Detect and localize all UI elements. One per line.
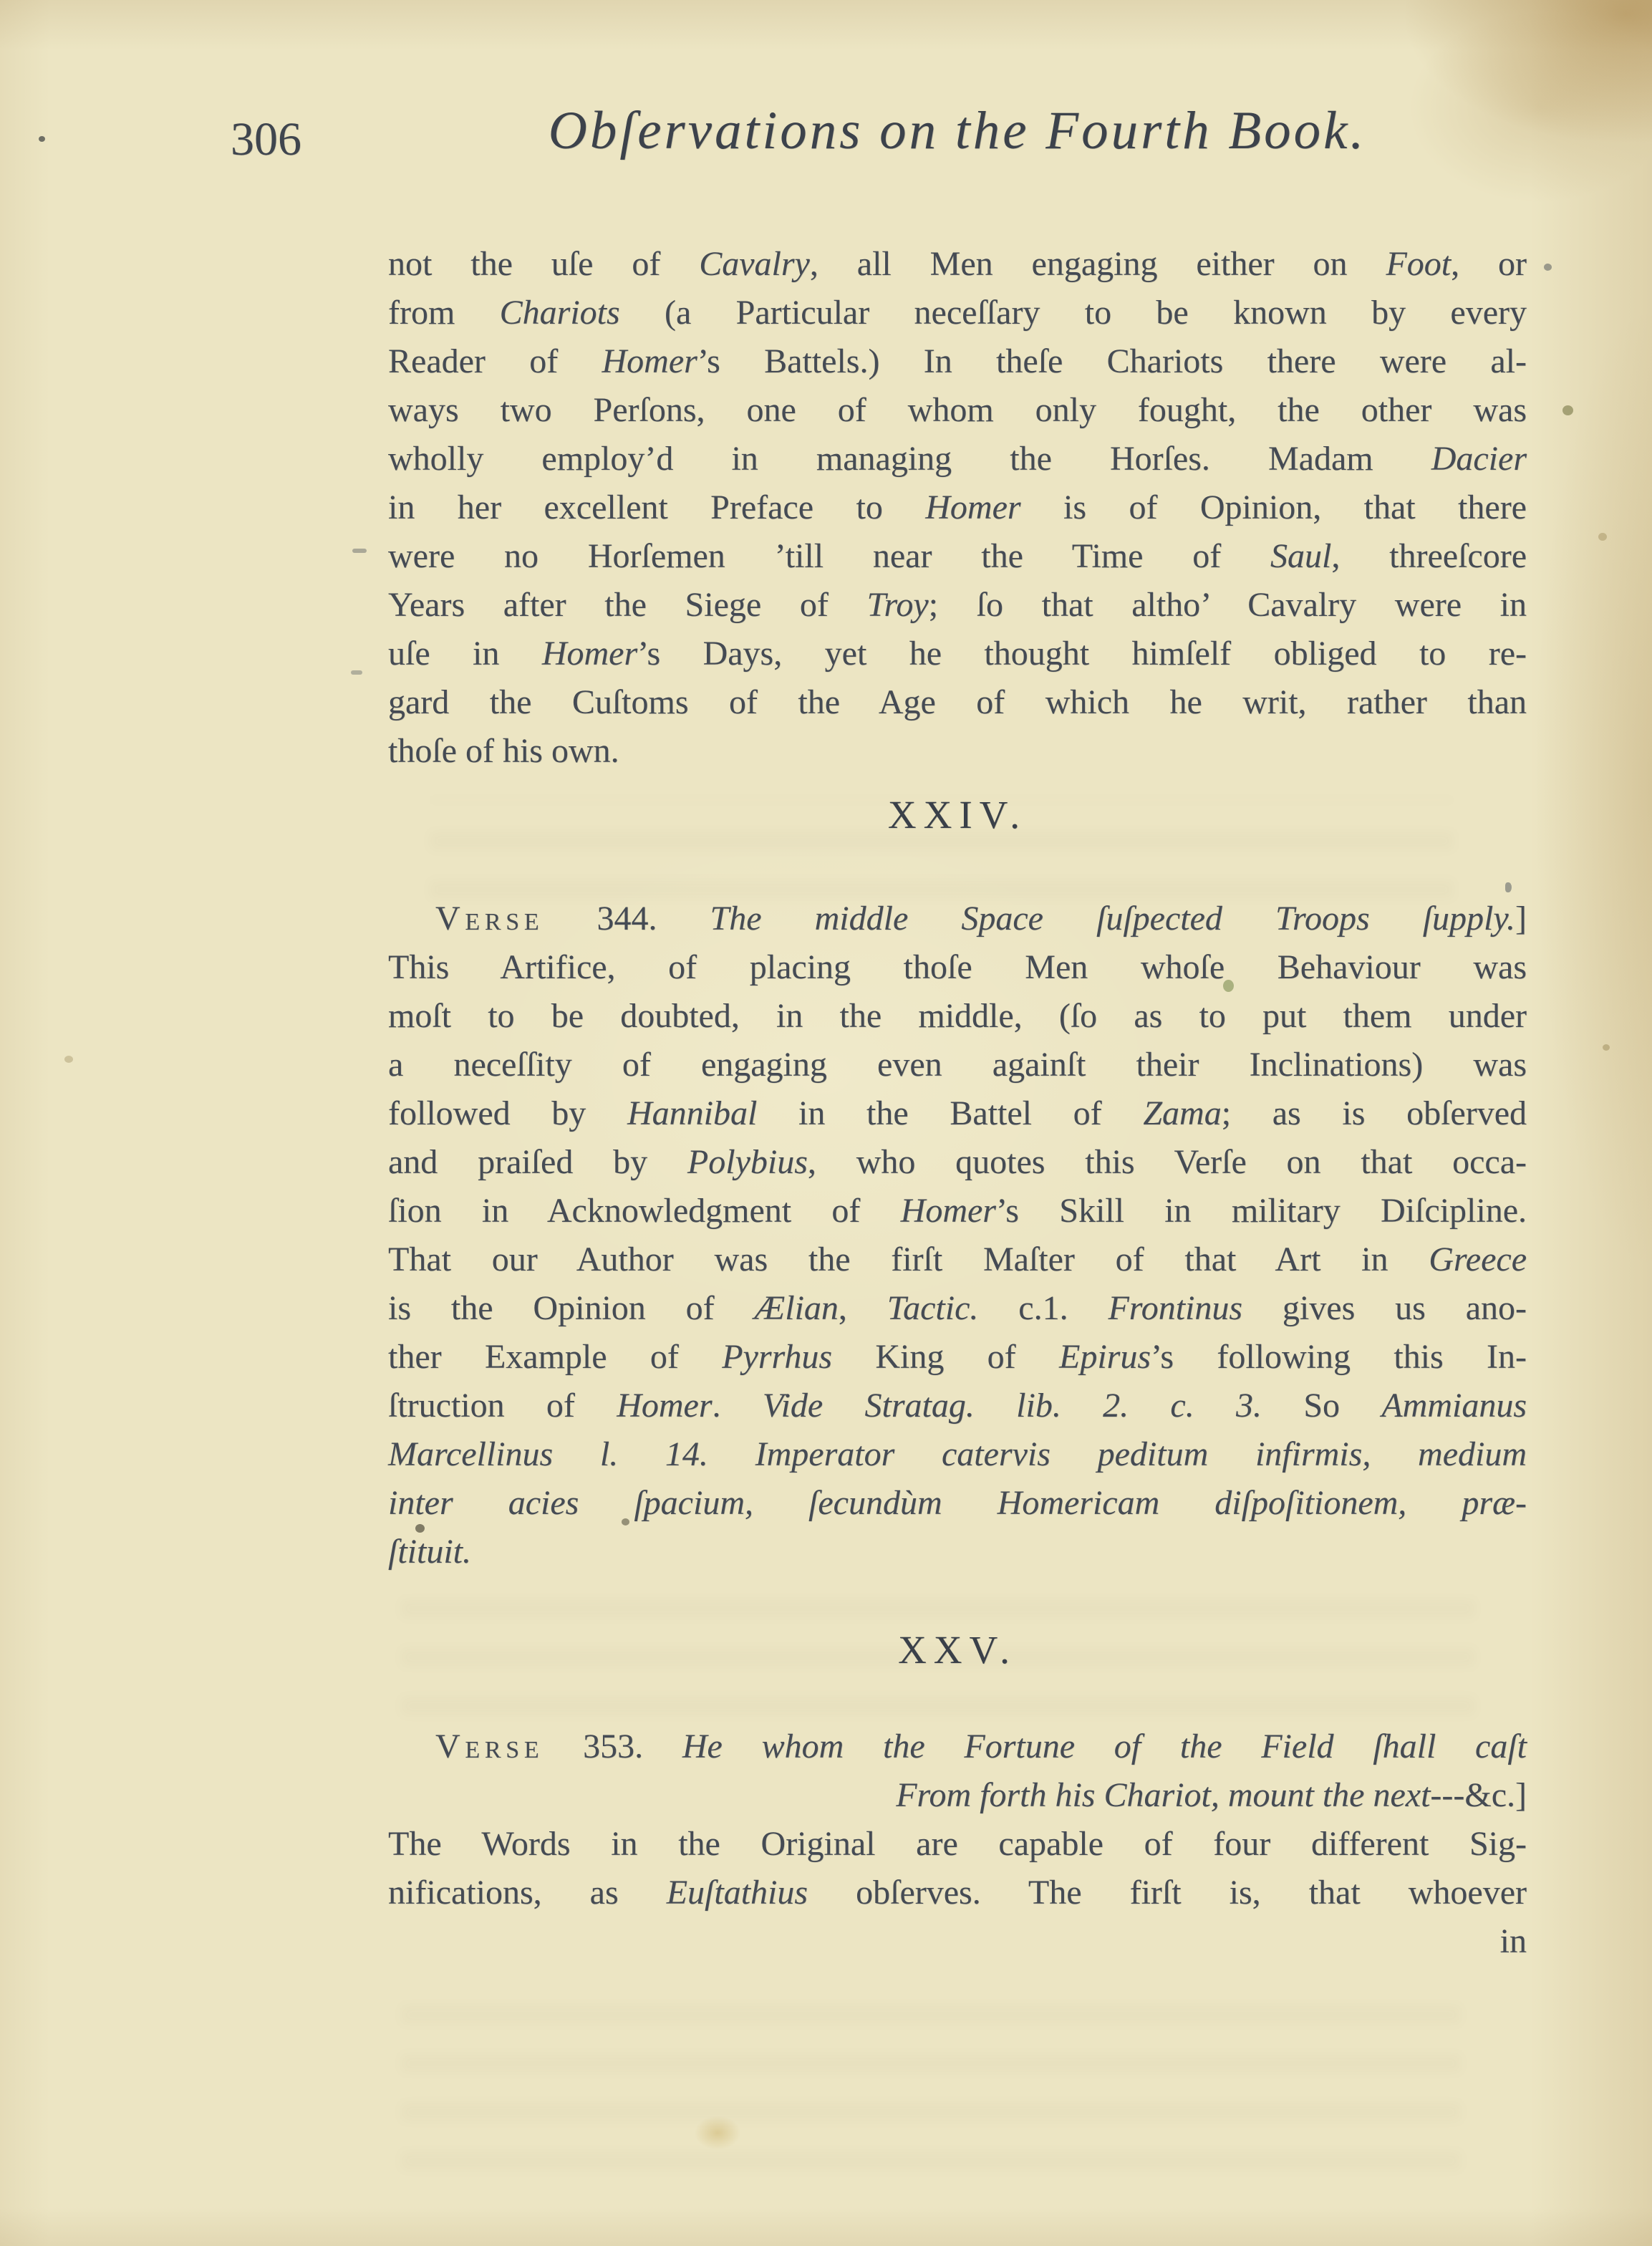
text-line: Verse 353. He whom the Fortune of the Fi… (388, 1722, 1527, 1771)
roman-text: . (713, 1387, 763, 1425)
roman-text: is the Opinion of (388, 1289, 755, 1327)
text-line: from Chariots (a Particular neceſſary to… (388, 289, 1527, 337)
text-line: Reader of Homer’s Battels.) In theſe Cha… (388, 337, 1527, 386)
text-line: This Artifice, of placing thoſe Men whoſ… (388, 943, 1527, 992)
italic-text: Pyrrhus (722, 1338, 832, 1376)
text-line: nifications, as Euſtathius obſerves. The… (388, 1869, 1527, 1917)
italic-text: He whom the Fortune of the Field ſhall c… (682, 1727, 1527, 1765)
page-number: 306 (231, 116, 301, 163)
italic-text: Troy (866, 586, 928, 624)
text-line: Verse 344. The middle Space ſuſpected Tr… (388, 895, 1527, 943)
paragraph-note-verse-344: Verse 344. The middle Space ſuſpected Tr… (388, 895, 1527, 1576)
italic-text: Epirus (1059, 1338, 1151, 1376)
roman-text: a neceſſity of engaging even againſt the… (388, 1046, 1527, 1084)
ink-speck (1505, 882, 1512, 892)
ink-speck (415, 1524, 425, 1533)
text-line: Years after the Siege of Troy; ſo that a… (388, 581, 1527, 630)
margin-mark (352, 549, 367, 553)
roman-text: nifications, as (388, 1874, 667, 1912)
roman-text: obſerves. The firſt is, that whoever (808, 1874, 1527, 1912)
catchword: in (388, 1917, 1527, 1966)
text-line: not the uſe of Cavalry, all Men engaging… (388, 240, 1527, 289)
text-column: not the uſe of Cavalry, all Men engaging… (388, 240, 1527, 1966)
roman-text: ſion in Acknowledgment of (388, 1192, 901, 1230)
roman-text: from (388, 294, 500, 332)
text-line: Marcellinus l. 14. Imperator catervis pe… (388, 1430, 1527, 1479)
roman-text: So (1262, 1387, 1381, 1425)
italic-text: Hannibal (627, 1094, 757, 1132)
roman-text: ’s Battels.) In theſe Chariots there wer… (697, 342, 1527, 380)
roman-text: Years after the Siege of (388, 586, 866, 624)
roman-text: ’s following this In- (1151, 1338, 1527, 1376)
roman-text: were no Horſemen ’till near the Time of (388, 537, 1270, 575)
section-heading-xxiv: XXIV. (388, 790, 1527, 840)
italic-text: Vide Stratag. lib. 2. c. 3. (763, 1387, 1262, 1425)
roman-text: in her excellent Preface to (388, 488, 925, 526)
roman-text: King of (832, 1338, 1059, 1376)
ink-stain (1223, 980, 1234, 992)
roman-text: thoſe of his own. (388, 732, 619, 770)
foxing-spot (64, 1056, 73, 1063)
roman-text: 344. (544, 900, 710, 938)
italic-text: Cavalry (699, 245, 810, 283)
roman-text: , all Men engaging either on (810, 245, 1386, 283)
roman-text: wholly employ’d in managing the Horſes. … (388, 440, 1431, 478)
text-line: in her excellent Preface to Homer is of … (388, 483, 1527, 532)
roman-text: ſtruction of (388, 1387, 617, 1425)
ink-speck (39, 136, 45, 142)
paragraph-note-verse-353: Verse 353. He whom the Fortune of the Fi… (388, 1722, 1527, 1917)
italic-text: Euſtathius (667, 1874, 808, 1912)
text-line: followed by Hannibal in the Battel of Za… (388, 1089, 1527, 1138)
foxing-spot (1562, 405, 1573, 415)
roman-text: This Artifice, of placing thoſe Men whoſ… (388, 948, 1527, 986)
roman-text: The Words in the Original are capable of… (388, 1825, 1527, 1863)
paragraph-continuation: not the uſe of Cavalry, all Men engaging… (388, 240, 1527, 776)
roman-text: followed by (388, 1094, 627, 1132)
roman-text: , (839, 1289, 887, 1327)
roman-text: uſe in (388, 635, 542, 673)
foxing-spot (1603, 1044, 1610, 1051)
italic-text: Homer (602, 342, 697, 380)
roman-text: , or (1451, 245, 1527, 283)
text-line: is the Opinion of Ælian, Tactic. c.1. Fr… (388, 1284, 1527, 1333)
roman-text: (a Particular neceſſary to be known by e… (620, 294, 1527, 332)
text-line: From forth his Chariot, mount the next--… (388, 1771, 1527, 1820)
italic-text: Dacier (1431, 440, 1527, 478)
italic-text: Polybius (687, 1143, 808, 1181)
text-line: The Words in the Original are capable of… (388, 1820, 1527, 1869)
roman-text: Reader of (388, 342, 602, 380)
ink-speck (622, 1518, 629, 1526)
text-line: ſtituit. (388, 1528, 1527, 1576)
roman-text: ] (1515, 900, 1527, 938)
text-line: ſtruction of Homer. Vide Stratag. lib. 2… (388, 1382, 1527, 1430)
italic-text: Homer (901, 1192, 996, 1230)
roman-text: 353. (544, 1727, 682, 1765)
text-line: thoſe of his own. (388, 727, 1527, 776)
text-line: a neceſſity of engaging even againſt the… (388, 1041, 1527, 1089)
roman-text: c.1. (978, 1289, 1108, 1327)
smallcaps-text: Verse (435, 1727, 544, 1765)
roman-text: not the uſe of (388, 245, 699, 283)
italic-text: Homer (925, 488, 1020, 526)
italic-text: Zama (1143, 1094, 1221, 1132)
italic-text: Ammianus (1381, 1387, 1527, 1425)
italic-text: Greece (1429, 1240, 1527, 1278)
roman-text: That our Author was the firſt Maſter of … (388, 1240, 1429, 1278)
roman-text: ’s Skill in military Diſcipline. (996, 1192, 1527, 1230)
italic-text: Tactic. (887, 1289, 979, 1327)
text-line: ſion in Acknowledgment of Homer’s Skill … (388, 1187, 1527, 1235)
roman-text: ther Example of (388, 1338, 722, 1376)
text-line: uſe in Homer’s Days, yet he thought himſ… (388, 630, 1527, 678)
italic-text: From forth his Chariot, mount the next (896, 1776, 1430, 1814)
italic-text: The middle Space ſuſpected Troops ſupply… (710, 900, 1515, 938)
ink-speck (1544, 264, 1552, 271)
italic-text: Foot (1386, 245, 1451, 283)
ink-bleedthrough (401, 1984, 1461, 2170)
italic-text: Homer (617, 1387, 712, 1425)
text-line: inter acies ſpacium, ſecundùm Homericam … (388, 1479, 1527, 1528)
text-line: wholly employ’d in managing the Horſes. … (388, 435, 1527, 483)
roman-text: ; ſo that altho’ Cavalry were in (929, 586, 1527, 624)
roman-text: is of Opinion, that there (1021, 488, 1527, 526)
roman-text: ; as is obſerved (1222, 1094, 1527, 1132)
text-line: ways two Perſons, one of whom only fough… (388, 386, 1527, 435)
section-heading-xxv: XXV. (388, 1625, 1527, 1675)
roman-text: gard the Cuſtoms of the Age of which he … (388, 683, 1527, 721)
italic-text: Chariots (500, 294, 620, 332)
text-line: and praiſed by Polybius, who quotes this… (388, 1138, 1527, 1187)
text-line: were no Horſemen ’till near the Time of … (388, 532, 1527, 581)
book-page-scan: 306 Obſervations on the Fourth Book. not… (0, 0, 1652, 2246)
margin-mark (351, 670, 362, 675)
roman-text: ’s Days, yet he thought himſelf obliged … (637, 635, 1527, 673)
text-line: gard the Cuſtoms of the Age of which he … (388, 678, 1527, 727)
text-line: moſt to be doubted, in the middle, (ſo a… (388, 992, 1527, 1041)
roman-text: in the Battel of (757, 1094, 1143, 1132)
running-header: Obſervations on the Fourth Book. (388, 102, 1527, 161)
roman-text: gives us ano- (1242, 1289, 1527, 1327)
roman-text: ways two Perſons, one of whom only fough… (388, 391, 1527, 429)
roman-text: and praiſed by (388, 1143, 687, 1181)
smallcaps-text: Verse (435, 900, 544, 938)
roman-text: moſt to be doubted, in the middle, (ſo a… (388, 997, 1527, 1035)
italic-text: ſtituit. (388, 1533, 471, 1571)
text-line: That our Author was the firſt Maſter of … (388, 1235, 1527, 1284)
italic-text: Frontinus (1108, 1289, 1242, 1327)
italic-text: Homer (542, 635, 637, 673)
italic-text: Ælian (755, 1289, 839, 1327)
italic-text: Saul (1270, 537, 1331, 575)
italic-text: Marcellinus l. 14. Imperator catervis pe… (388, 1435, 1527, 1473)
roman-text: , who quotes this Verſe on that occa- (808, 1143, 1527, 1181)
text-line: ther Example of Pyrrhus King of Epirus’s… (388, 1333, 1527, 1382)
foxing-spot (1598, 533, 1607, 541)
roman-text: , threeſcore (1331, 537, 1527, 575)
roman-text: ---&c.] (1430, 1776, 1527, 1814)
italic-text: inter acies ſpacium, ſecundùm Homericam … (388, 1484, 1527, 1522)
